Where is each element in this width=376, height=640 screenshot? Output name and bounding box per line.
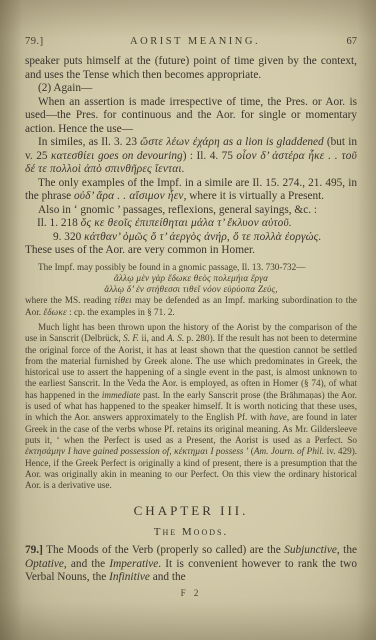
page-header: 79.] AORIST MEANING. 67 (25, 36, 357, 47)
running-title: AORIST MEANING. (130, 36, 260, 47)
paragraph-these-uses: These uses of the Aor. are very common i… (25, 244, 357, 258)
paragraph-continuation: speaker puts himself at the (future) poi… (25, 55, 357, 82)
paragraph-similes: In similes, as Il. 3. 23 ὥστε λέων ἐχάρη… (25, 136, 357, 177)
greek-citation-iliad-1-218: Il. 1. 218 ὅς κε θεοῖς ἐπιπείθηται μάλα … (37, 217, 357, 231)
paragraph-again: (2) Again— (25, 82, 357, 96)
chapter-subheading: The Moods. (25, 526, 357, 538)
text-block: 79.] AORIST MEANING. 67 speaker puts him… (25, 36, 357, 598)
greek-verse-line-2: ἄλλῳ δ’ ἐν στήθεσσι τιθεῖ νόον εὐρύοπα Ζ… (25, 284, 357, 295)
paragraph-moods-intro: 79.] The Moods of the Verb (properly so … (25, 544, 357, 585)
printer-signature-mark: F 2 (25, 588, 357, 598)
page-number: 67 (347, 36, 358, 47)
note-ms-reading: where the MS. reading τίθει may be defen… (25, 295, 357, 318)
scanned-book-page: 79.] AORIST MEANING. 67 speaker puts him… (0, 0, 376, 640)
header-section-marker: 79.] (25, 36, 44, 47)
paragraph-gnomic-intro: Also in ‘ gnomic ’ passages, reflexions,… (25, 204, 357, 218)
paragraph-assertion: When an assertion is made irrespective o… (25, 96, 357, 137)
note-impf-gnomic: The Impf. may possibly be found in a gno… (25, 262, 357, 273)
paragraph-impf-simile: The only examples of the Impf. in a simi… (25, 177, 357, 204)
greek-verse-line-1: ἄλλῳ μὲν γὰρ ἔδωκε θεὸς πολεμήια ἔργα (25, 273, 357, 284)
chapter-heading: CHAPTER III. (25, 503, 357, 519)
note-sanscrit-comparison: Much light has been thrown upon the hist… (25, 322, 357, 491)
greek-citation-iliad-9-320: 9. 320 κάτθαν’ ὁμῶς ὅ τ’ ἀεργὸς ἀνήρ, ὅ … (53, 231, 357, 245)
